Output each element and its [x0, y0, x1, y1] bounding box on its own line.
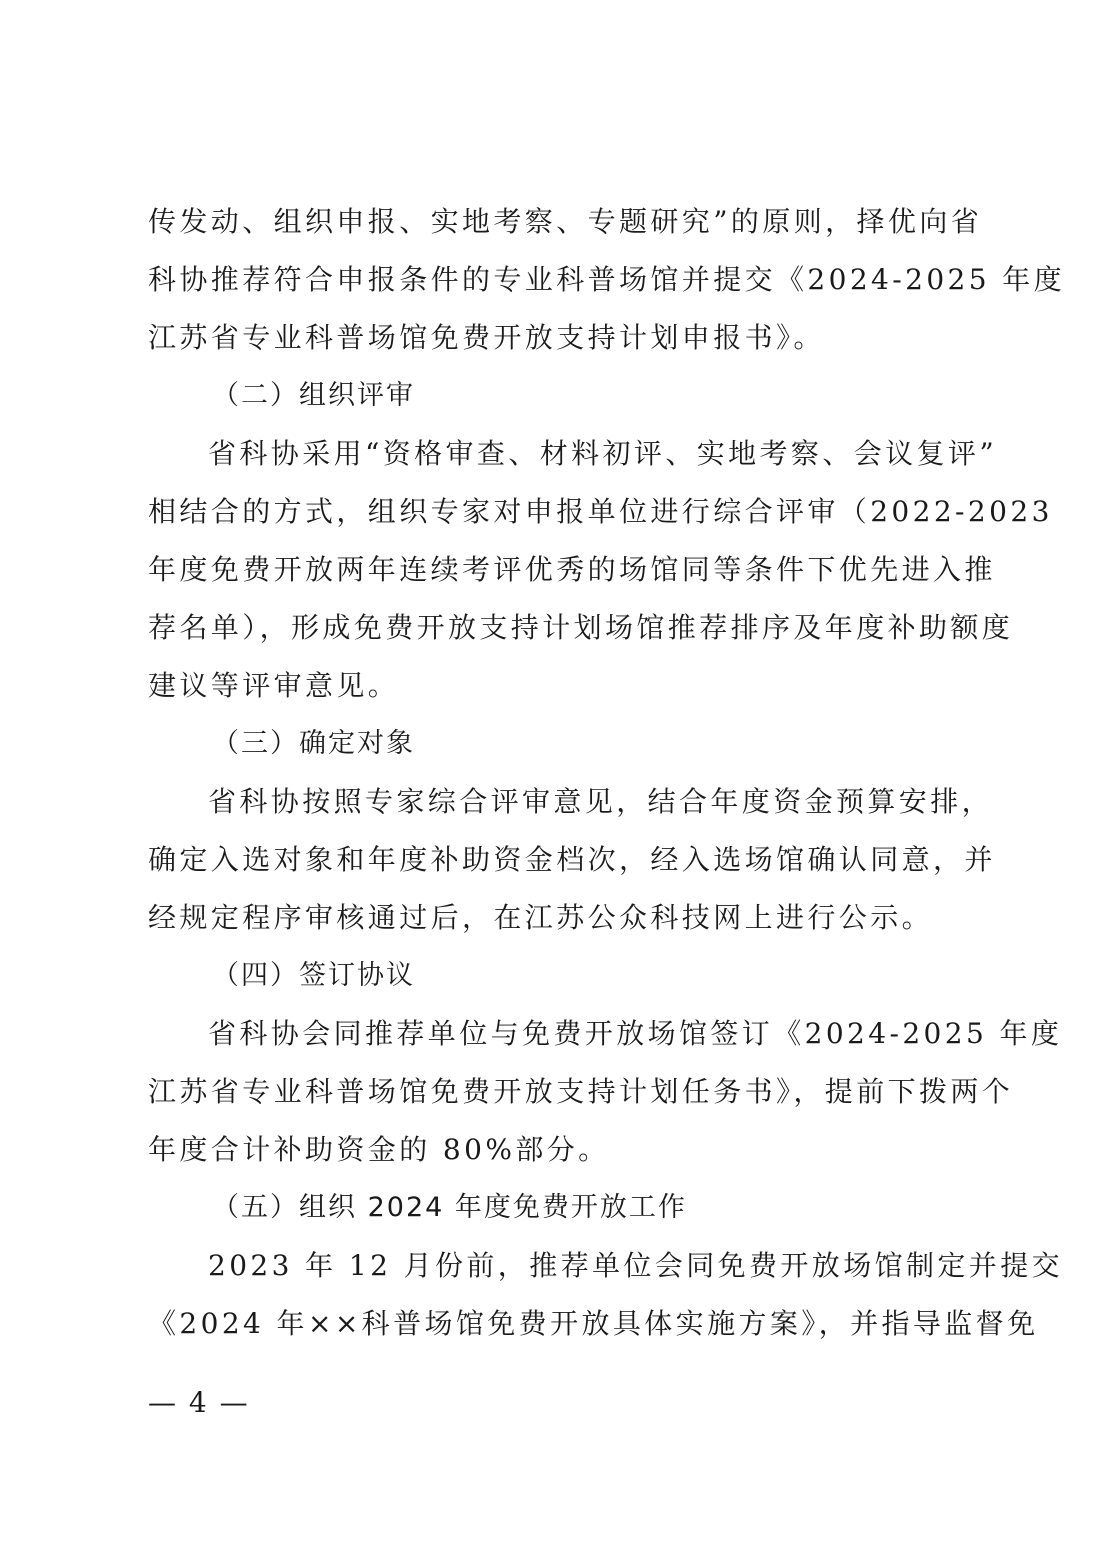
- section-heading-agreement: （四）签订协议: [148, 947, 954, 1005]
- section-heading-determine: （三）确定对象: [148, 715, 954, 773]
- section-heading-open-work: （五）组织 2024 年度免费开放工作: [148, 1179, 954, 1237]
- section-heading-review: （二）组织评审: [148, 367, 954, 425]
- paragraph-line: 科协推荐符合申报条件的专业科普场馆并提交《2024-2025 年度: [148, 251, 954, 309]
- paragraph-line: 2023 年 12 月份前，推荐单位会同免费开放场馆制定并提交: [148, 1237, 954, 1295]
- page-number: — 4 —: [148, 1385, 250, 1421]
- paragraph-line: 经规定程序审核通过后，在江苏公众科技网上进行公示。: [148, 889, 954, 947]
- paragraph-line: 荐名单），形成免费开放支持计划场馆推荐排序及年度补助额度: [148, 599, 954, 657]
- paragraph-line: 相结合的方式，组织专家对申报单位进行综合评审（2022-2023: [148, 483, 954, 541]
- paragraph-line: 确定入选对象和年度补助资金档次，经入选场馆确认同意，并: [148, 831, 954, 889]
- paragraph-line: 年度免费开放两年连续考评优秀的场馆同等条件下优先进入推: [148, 541, 954, 599]
- paragraph-line: 省科协采用“资格审查、材料初评、实地考察、会议复评”: [148, 425, 954, 483]
- paragraph-line: 省科协会同推荐单位与免费开放场馆签订《2024-2025 年度: [148, 1005, 954, 1063]
- paragraph-line: 传发动、组织申报、实地考察、专题研究”的原则，择优向省: [148, 193, 954, 251]
- paragraph-line: 省科协按照专家综合评审意见，结合年度资金预算安排，: [148, 773, 954, 831]
- paragraph-line: 年度合计补助资金的 80%部分。: [148, 1121, 954, 1179]
- paragraph-line: 《2024 年××科普场馆免费开放具体实施方案》，并指导监督免: [148, 1295, 954, 1353]
- paragraph-line: 江苏省专业科普场馆免费开放支持计划申报书》。: [148, 309, 954, 367]
- paragraph-line: 建议等评审意见。: [148, 657, 954, 715]
- document-page: 传发动、组织申报、实地考察、专题研究”的原则，择优向省 科协推荐符合申报条件的专…: [148, 193, 954, 1353]
- paragraph-line: 江苏省专业科普场馆免费开放支持计划任务书》，提前下拨两个: [148, 1063, 954, 1121]
